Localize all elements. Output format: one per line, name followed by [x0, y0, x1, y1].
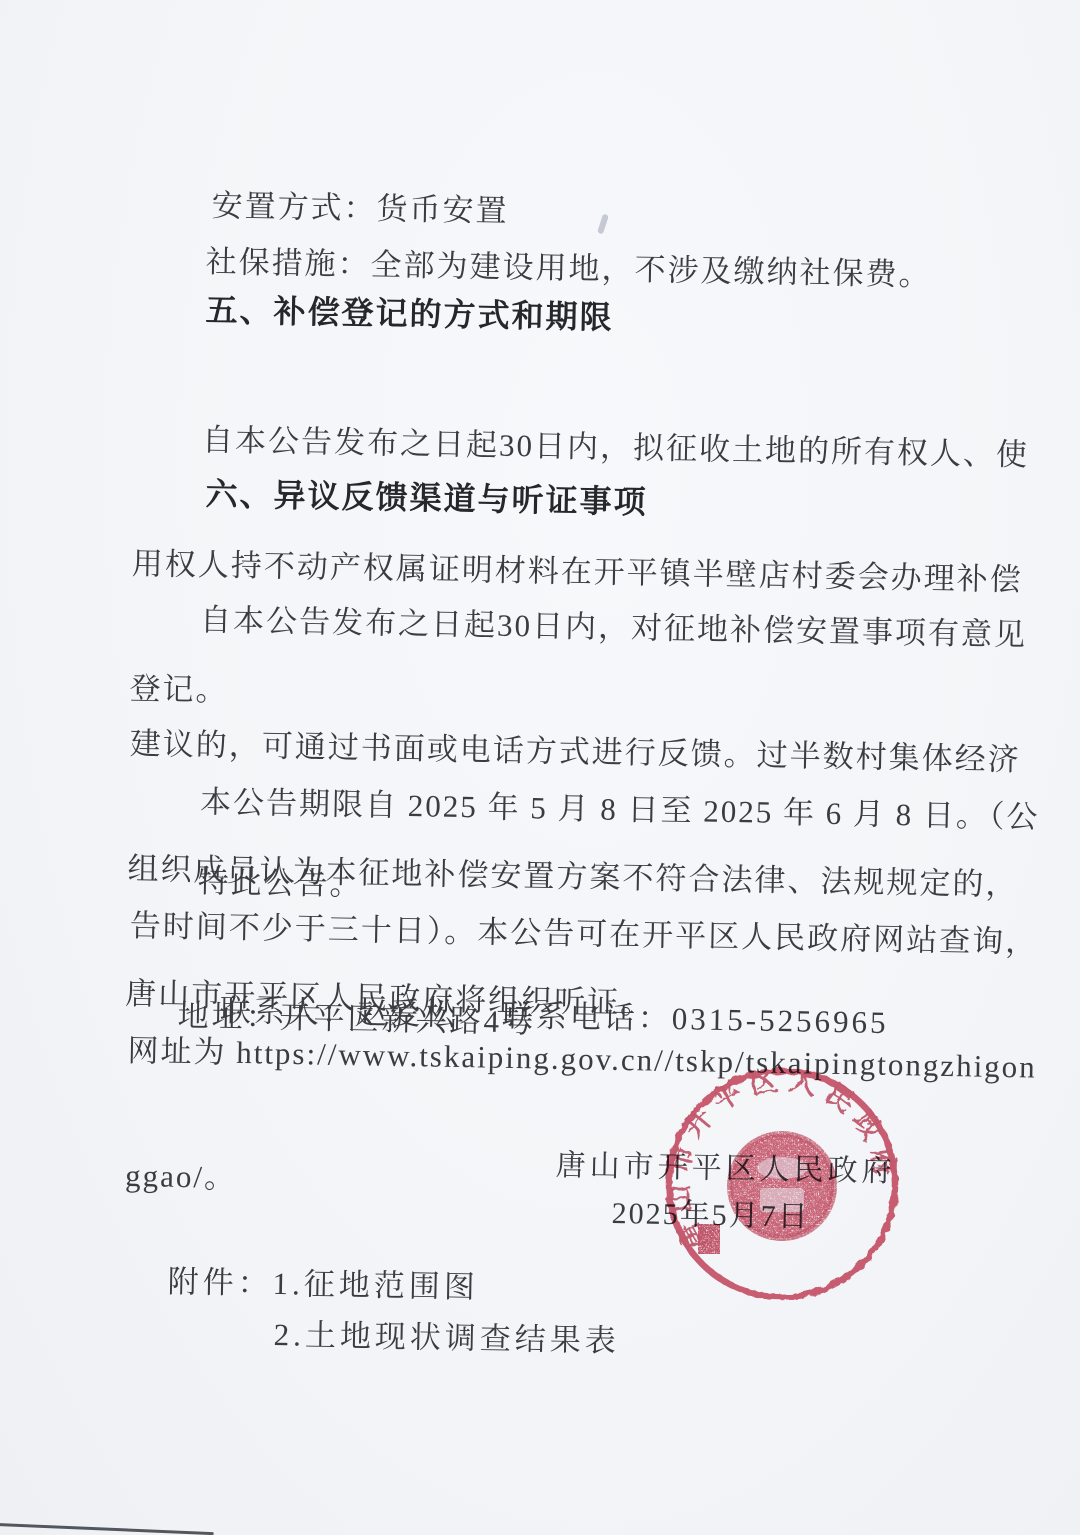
scan-edge-line — [0, 1523, 214, 1535]
social-security-line: 社保措施：全部为建设用地，不涉及缴纳社保费。 — [205, 242, 932, 295]
closing-line: 特此公告。 — [197, 862, 363, 905]
scanned-document-page: 安置方式：货币安置 社保措施：全部为建设用地，不涉及缴纳社保费。 五、补偿登记的… — [0, 0, 1080, 1535]
scan-artifact-mark — [597, 214, 609, 235]
paragraph-line: 自本公告发布之日起30日内，对征地补偿安置事项有意见 — [132, 596, 1028, 657]
seal-code-mark — [698, 1224, 720, 1254]
contact-phone: 联系电话：0315-5256965 — [502, 998, 889, 1040]
section5-heading: 五、补偿登记的方式和期限 — [205, 290, 614, 337]
attachment-item-2: 2.土地现状调查结果表 — [273, 1315, 620, 1361]
emblem-highlight-top — [757, 1157, 807, 1179]
paragraph-line: 本公告期限自 2025 年 5 月 8 日至 2025 年 6 月 8 日。（公 — [132, 778, 1042, 840]
paragraph-line: 自本公告发布之日起30日内，拟征收土地的所有权人、使 — [134, 416, 1030, 477]
emblem-highlight-gate — [760, 1188, 804, 1212]
attachments-heading-line: 附件：1.征地范围图 — [167, 1262, 479, 1308]
resettlement-method-line: 安置方式：货币安置 — [211, 186, 509, 231]
national-emblem-icon — [730, 1134, 834, 1238]
official-seal: 唐山市开平区人民政府 — [654, 1056, 910, 1312]
section6-heading: 六、异议反馈渠道与听证事项 — [205, 474, 648, 522]
address-line: 地址：开平区新兴路4号 — [177, 996, 536, 1043]
